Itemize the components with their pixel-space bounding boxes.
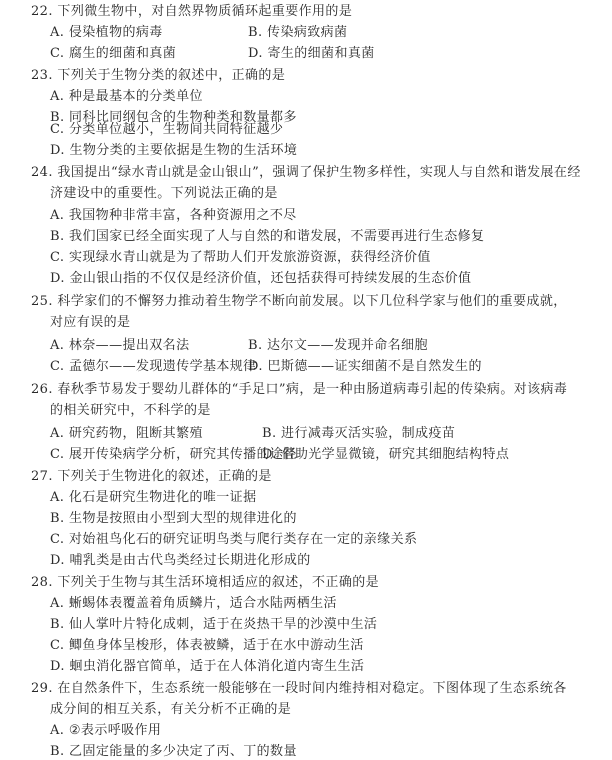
- option-25-c: C. 孟德尔——发现遗传学基本规律: [50, 357, 257, 377]
- option-24-d: D. 金山银山指的不仅仅是经济价值，还包括获得可持续发展的生态价值: [50, 269, 471, 289]
- question-text: 春秋季节易发于婴幼儿群体的“手足口”病，是一种由肠道病毒引起的传染病。对该病毒: [57, 382, 567, 397]
- question-29-stem-line1: 29. 在自然条件下，生态系统一般能够在一段时间内维持相对稳定。下图体现了生态系…: [31, 679, 567, 699]
- option-26-c: C. 展开传染病学分析，研究其传播的途径: [50, 445, 297, 465]
- option-26-d: D. 借助光学显微镜，研究其细胞结构特点: [262, 445, 509, 465]
- question-number: 24.: [31, 165, 53, 180]
- option-23-a: A. 种是最基本的分类单位: [50, 87, 203, 107]
- option-25-d: D. 巴斯德——证实细菌不是自然发生的: [248, 357, 482, 377]
- option-27-d: D. 哺乳类是由古代鸟类经过长期进化形成的: [50, 551, 311, 571]
- question-text: 下列关于生物与其生活环境相适应的叙述，不正确的是: [57, 575, 379, 590]
- option-25-a: A. 林奈——提出双名法: [50, 336, 189, 356]
- option-26-a: A. 研究药物，阻断其繁殖: [50, 424, 203, 444]
- question-text: 科学家们的不懈努力推动着生物学不断向前发展。以下几位科学家与他们的重要成就，: [57, 294, 566, 309]
- question-26-stem-line1: 26. 春秋季节易发于婴幼儿群体的“手足口”病，是一种由肠道病毒引起的传染病。对…: [31, 380, 567, 400]
- question-24-stem-line1: 24. 我国提出“绿水青山就是金山银山”，强调了保护生物多样性，实现人与自然和谐…: [31, 163, 581, 183]
- option-22-d: D. 寄生的细菌和真菌: [248, 44, 375, 64]
- question-number: 25.: [31, 294, 53, 309]
- question-25-stem-line2: 对应有误的是: [50, 313, 130, 333]
- question-text: 我国提出“绿水青山就是金山银山”，强调了保护生物多样性，实现人与自然和谐发展在经: [57, 165, 580, 180]
- question-text: 在自然条件下，生态系统一般能够在一段时间内维持相对稳定。下图体现了生态系统各: [57, 681, 566, 696]
- question-27-stem: 27. 下列关于生物进化的叙述，正确的是: [31, 467, 272, 487]
- question-25-stem-line1: 25. 科学家们的不懈努力推动着生物学不断向前发展。以下几位科学家与他们的重要成…: [31, 292, 567, 312]
- question-number: 26.: [31, 382, 53, 397]
- question-29-stem-line2: 成分间的相互关系，有关分析不正确的是: [50, 700, 291, 720]
- option-27-b: B. 生物是按照由小型到大型的规律进化的: [50, 509, 297, 529]
- option-22-c: C. 腐生的细菌和真菌: [50, 44, 176, 64]
- option-24-a: A. 我国物种非常丰富，各种资源用之不尽: [50, 206, 297, 226]
- question-22-stem: 22. 下列微生物中，对自然界物质循环起重要作用的是: [31, 2, 352, 22]
- question-number: 23.: [31, 68, 53, 83]
- option-24-b: B. 我们国家已经全面实现了人与自然的和谐发展，不需要再进行生态修复: [50, 227, 484, 247]
- question-number: 29.: [31, 681, 53, 696]
- option-25-b: B. 达尔文——发现并命名细胞: [248, 336, 428, 356]
- option-27-c: C. 对始祖鸟化石的研究证明鸟类与爬行类存在一定的亲缘关系: [50, 530, 417, 550]
- question-text: 下列微生物中，对自然界物质循环起重要作用的是: [57, 4, 352, 19]
- question-28-stem: 28. 下列关于生物与其生活环境相适应的叙述，不正确的是: [31, 573, 379, 593]
- question-24-stem-line2: 济建设中的重要性。下列说法正确的是: [50, 184, 278, 204]
- question-26-stem-line2: 的相关研究中，不科学的是: [50, 401, 211, 421]
- question-number: 27.: [31, 469, 53, 484]
- option-29-b: B. 乙固定能量的多少决定了丙、丁的数量: [50, 742, 297, 760]
- option-26-b: B. 进行减毒灭活实验，制成疫苗: [262, 424, 455, 444]
- option-23-c: C. 分类单位越小，生物间共同特征越少: [50, 120, 283, 140]
- option-23-d: D. 生物分类的主要依据是生物的生活环境: [50, 141, 297, 161]
- option-22-b: B. 传染病致病菌: [248, 23, 347, 43]
- question-23-stem: 23. 下列关于生物分类的叙述中，正确的是: [31, 66, 285, 86]
- option-27-a: A. 化石是研究生物进化的唯一证据: [50, 488, 256, 508]
- option-29-a: A. ②表示呼吸作用: [50, 721, 161, 741]
- option-28-a: A. 蜥蜴体表覆盖着角质鳞片，适合水陆两栖生活: [50, 594, 337, 614]
- question-text: 下列关于生物分类的叙述中，正确的是: [57, 68, 285, 83]
- question-text: 下列关于生物进化的叙述，正确的是: [57, 469, 271, 484]
- option-28-b: B. 仙人掌叶片特化成刺，适于在炎热干旱的沙漠中生活: [50, 615, 377, 635]
- question-number: 22.: [31, 4, 53, 19]
- option-28-d: D. 蛔虫消化器官简单，适于在人体消化道内寄生生活: [50, 657, 364, 677]
- exam-page: 22. 下列微生物中，对自然界物质循环起重要作用的是 A. 侵染植物的病毒 B.…: [0, 0, 612, 760]
- question-number: 28.: [31, 575, 53, 590]
- option-22-a: A. 侵染植物的病毒: [50, 23, 163, 43]
- option-24-c: C. 实现绿水青山就是为了帮助人们开发旅游资源，获得经济价值: [50, 248, 431, 268]
- option-28-c: C. 鲫鱼身体呈梭形，体表被鳞，适于在水中游动生活: [50, 636, 364, 656]
